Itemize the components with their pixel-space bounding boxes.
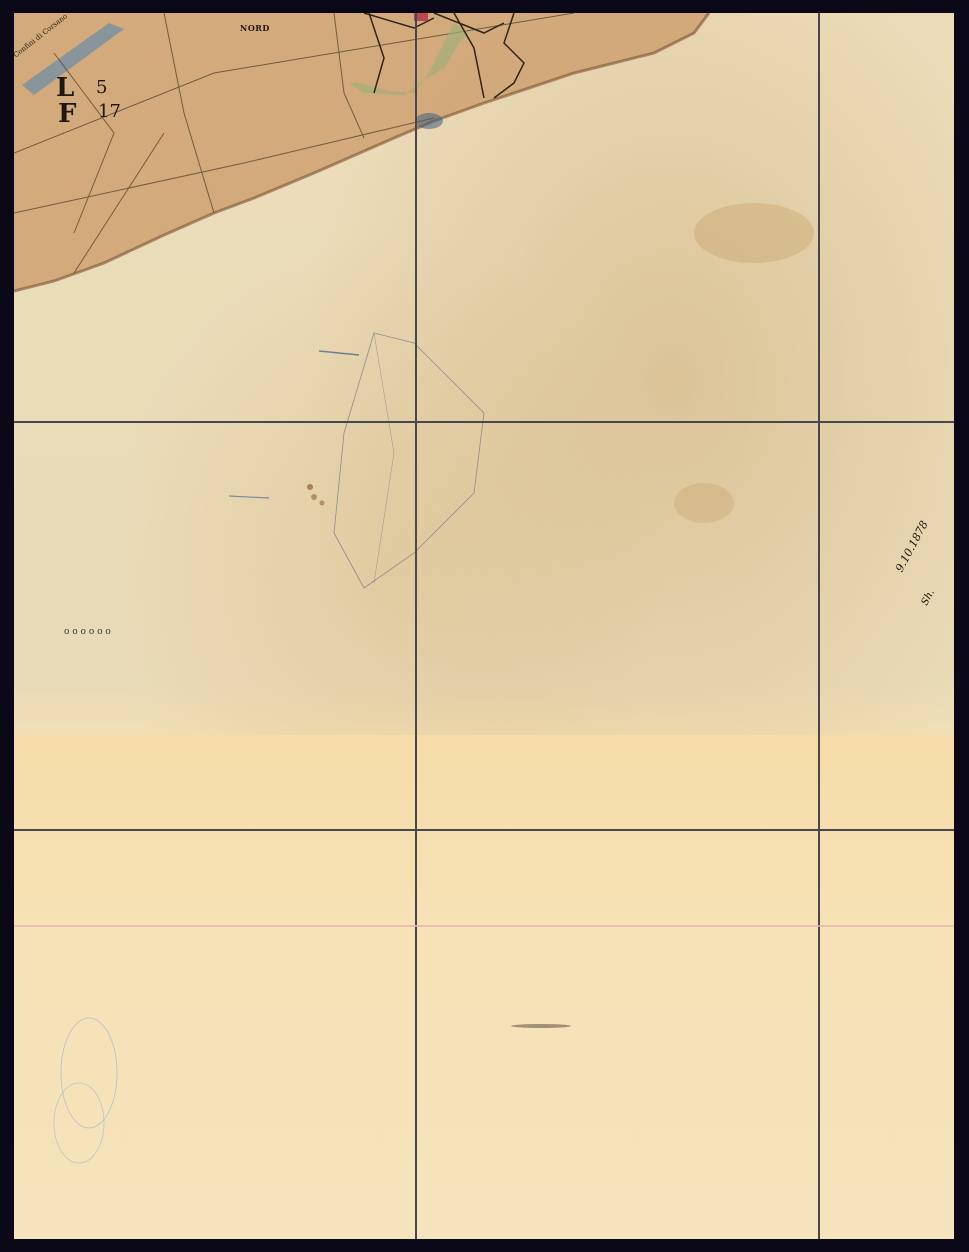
map-sheet: NORD Confini di Corsano L 5 F 17 o o o o… <box>14 13 954 1239</box>
grid-line-vertical-1 <box>415 13 417 1239</box>
north-label: NORD <box>240 23 270 33</box>
sheet-number-5: 5 <box>96 79 107 97</box>
sheet-number-17: 17 <box>98 103 121 121</box>
sheet-letter-f: F <box>58 101 76 127</box>
pencil-sketch-outline <box>334 333 484 588</box>
pink-rule-line <box>14 925 954 927</box>
water-stain <box>415 113 443 129</box>
pencil-annotation: o o o o o o <box>64 627 111 637</box>
cadastral-map-fragment <box>14 13 954 1239</box>
grid-line-horizontal-2 <box>14 829 954 831</box>
sheet-letter-l: L <box>56 75 74 101</box>
grid-line-vertical-2 <box>818 13 820 1239</box>
grid-line-horizontal-1 <box>14 421 954 423</box>
